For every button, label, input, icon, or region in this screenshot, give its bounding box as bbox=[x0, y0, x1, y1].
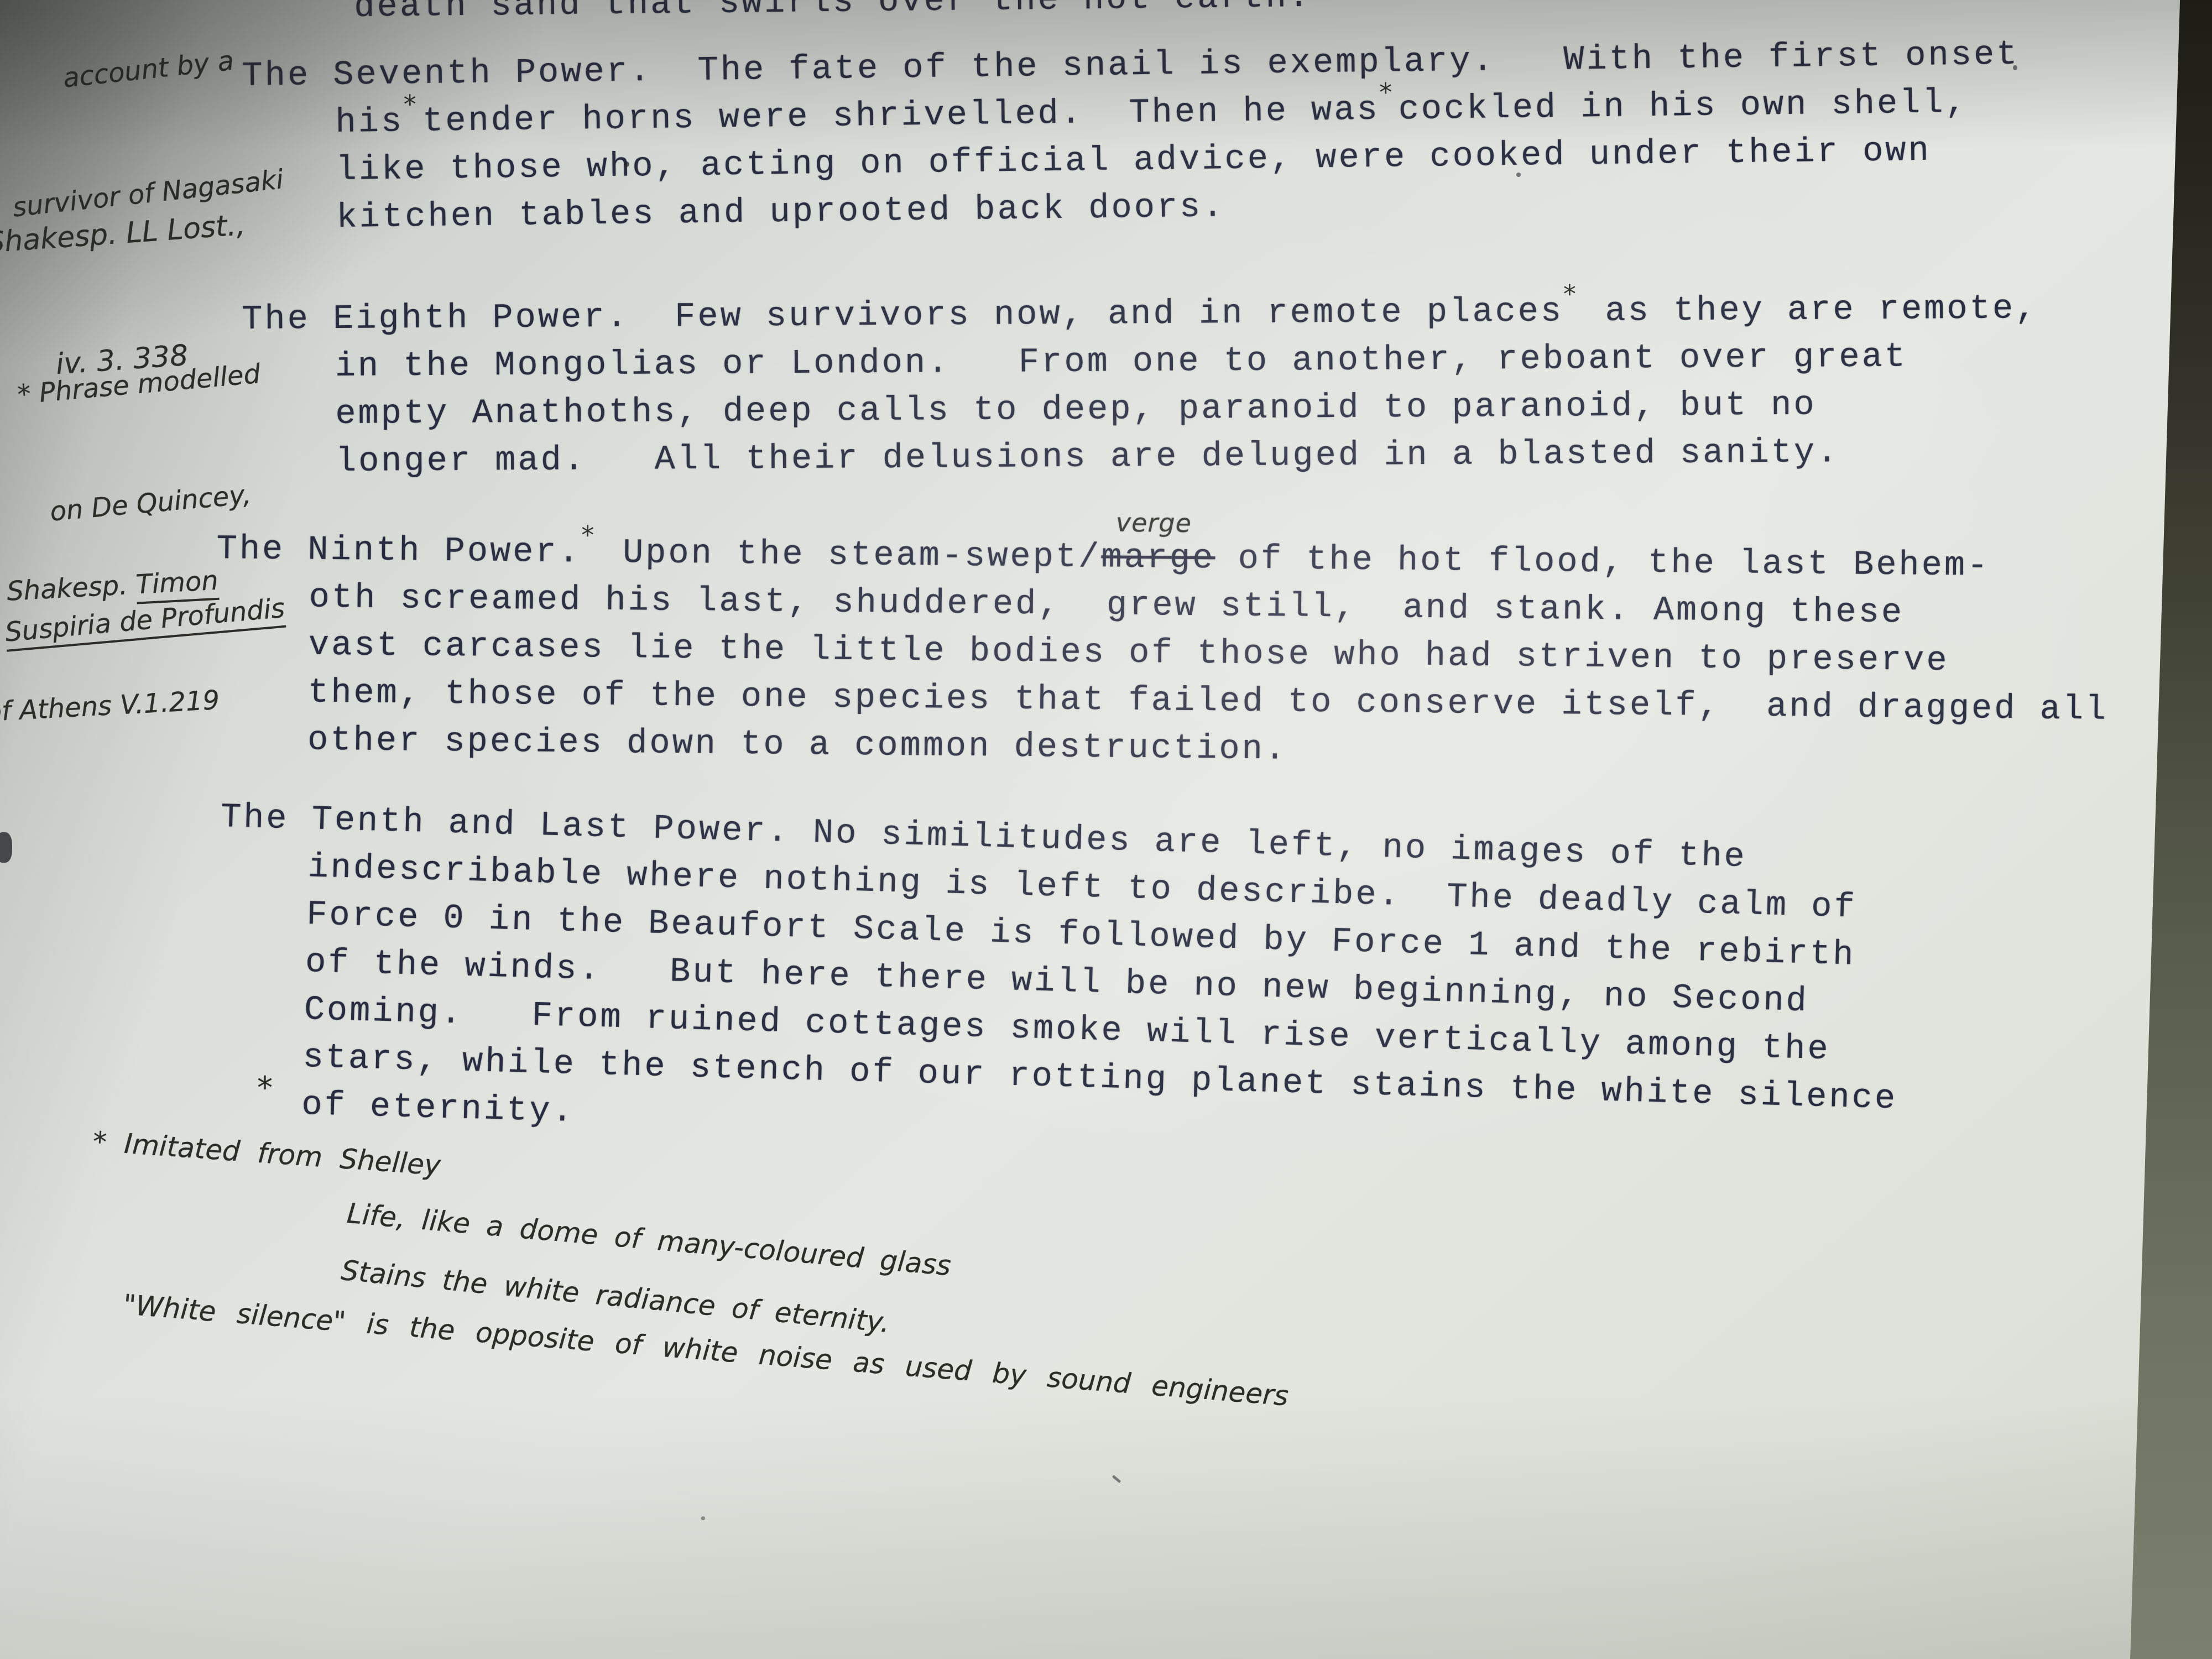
margin-note-line: Shakesp. LL Lost., bbox=[0, 208, 246, 260]
handwritten-asterisk-icon: * bbox=[1563, 270, 1583, 317]
typed-text: of the hot flood, the last Behem- bbox=[1215, 539, 1990, 585]
corrected-word: margeverge bbox=[1101, 534, 1215, 582]
typed-text: The Eighth Power. Few survivors now, and… bbox=[242, 291, 1563, 339]
handwritten-asterisk-icon: * bbox=[1379, 68, 1399, 116]
cut-off-ink-mark bbox=[0, 832, 12, 863]
typed-text: as they are remote, bbox=[1582, 289, 2038, 331]
typed-text: his bbox=[335, 102, 404, 142]
ink-speck bbox=[2013, 65, 2017, 70]
handwritten-asterisk-icon: * bbox=[581, 511, 601, 559]
ink-speck bbox=[701, 1516, 705, 1520]
margin-asterisk-eternity: * bbox=[257, 1070, 273, 1106]
margin-note-line: of Athens V.1.219 bbox=[0, 685, 225, 728]
typed-text: Upon the steam-swept bbox=[600, 533, 1079, 577]
ink-speck bbox=[1516, 173, 1521, 177]
typed-paragraph-ninth-power: The Ninth Power.* Upon the steam-swept/m… bbox=[215, 525, 2110, 781]
deletion-slash: / bbox=[1078, 538, 1102, 577]
margin-note-text: Shakesp. bbox=[6, 570, 137, 607]
margin-note-line: * Phrase modelled bbox=[0, 358, 265, 413]
typed-paragraph-seventh-power: The Seventh Power. The fate of the snail… bbox=[242, 31, 2021, 243]
photo-of-typescript-page: { "doc": { "asterisk": "*", "partial_top… bbox=[0, 0, 2212, 1659]
typed-paragraph-tenth-power: The Tenth and Last Power. No similitudes… bbox=[212, 794, 1904, 1170]
underlined-title: Timon bbox=[135, 565, 219, 604]
typed-text: tender horns were shrivelled. Then he wa… bbox=[422, 90, 1380, 141]
typed-paragraph-eighth-power: The Eighth Power. Few survivors now, and… bbox=[242, 285, 2039, 486]
margin-note-line: Shakesp. Timon bbox=[6, 565, 219, 607]
typed-text: cockled in his own shell, bbox=[1398, 83, 1968, 129]
margin-note-timon-of-athens: Shakesp. Timon of Athens V.1.219 bbox=[3, 503, 227, 757]
margin-note-line: account by a bbox=[23, 41, 272, 98]
handwritten-correction-verge: verge bbox=[1116, 499, 1192, 547]
ink-speck bbox=[624, 161, 629, 167]
handwritten-asterisk-icon: * bbox=[403, 80, 422, 128]
